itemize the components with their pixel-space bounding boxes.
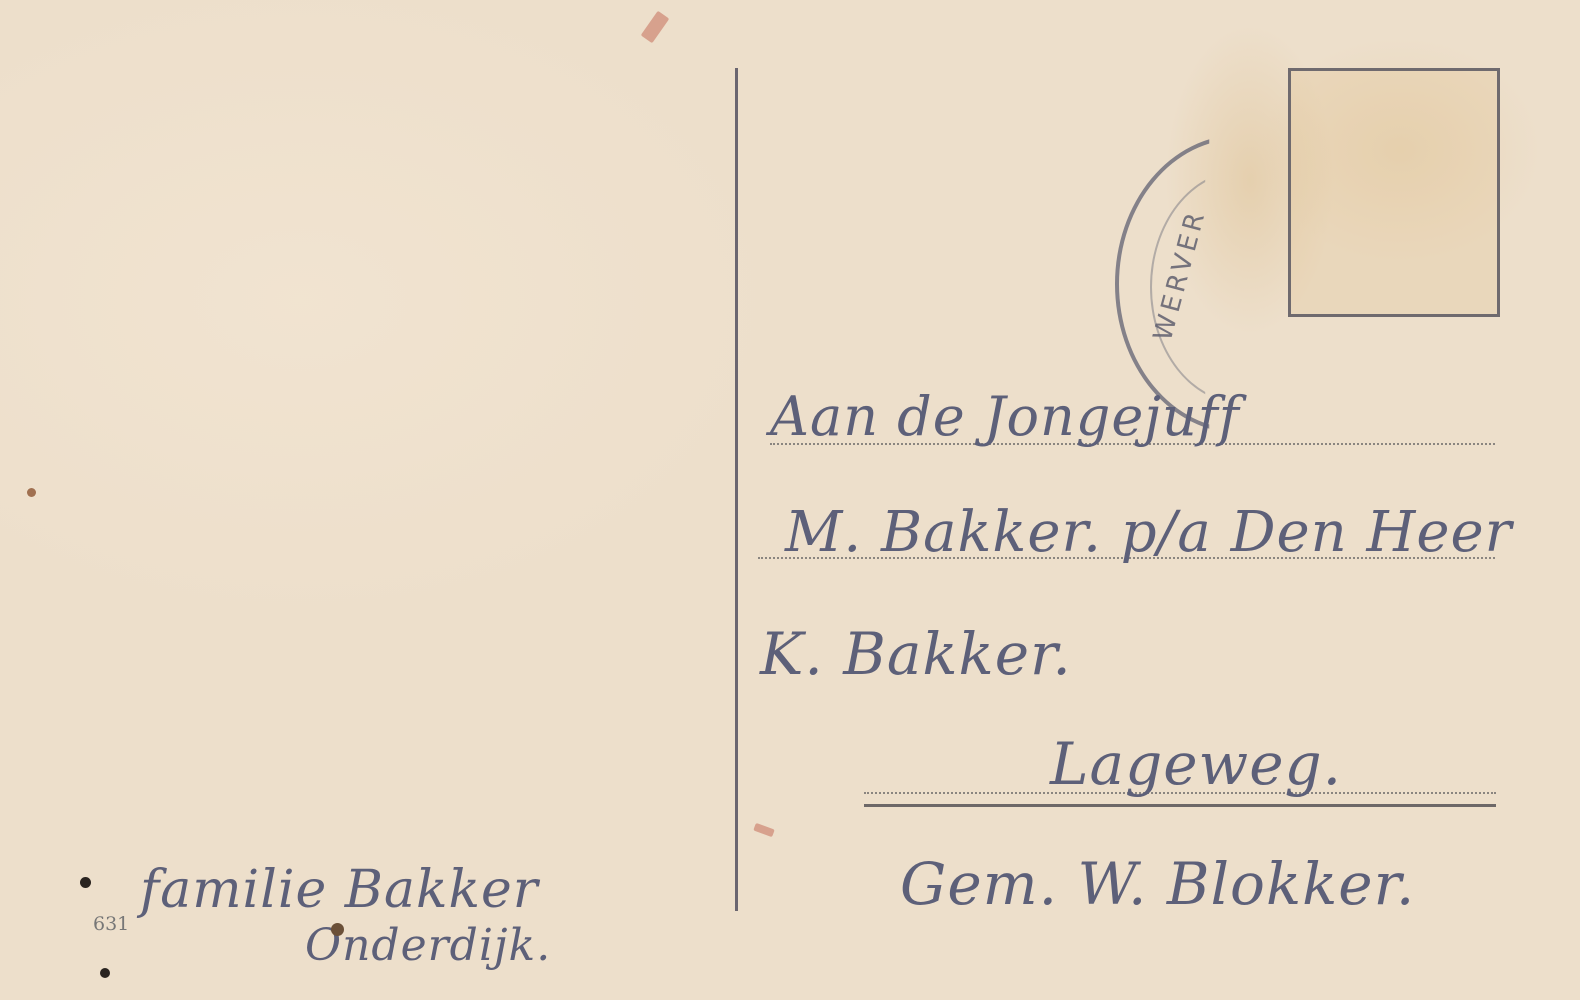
ink-spot: [80, 877, 91, 888]
address-line-4: Lageweg.: [1050, 730, 1342, 798]
address-line-5: Gem. W. Blokker.: [900, 850, 1415, 918]
stamp-box: [1288, 68, 1500, 317]
sender-line-1: familie Bakker: [140, 860, 539, 920]
address-line-1: Aan de Jongejuff: [770, 385, 1240, 448]
address-solid-line: [864, 804, 1496, 807]
address-line-2: M. Bakker. p/a Den Heer: [785, 500, 1512, 565]
paper-spot: [27, 488, 36, 497]
paper-fleck: [641, 11, 670, 44]
center-divider-line: [735, 68, 738, 911]
ink-spot: [331, 923, 344, 936]
paper-fleck: [753, 823, 775, 837]
address-line-3: K. Bakker.: [760, 620, 1072, 688]
ink-spot: [100, 968, 110, 978]
card-number: 631: [93, 913, 129, 935]
postcard-back: WERVER Aan de Jongejuff M. Bakker. p/a D…: [0, 0, 1580, 1000]
